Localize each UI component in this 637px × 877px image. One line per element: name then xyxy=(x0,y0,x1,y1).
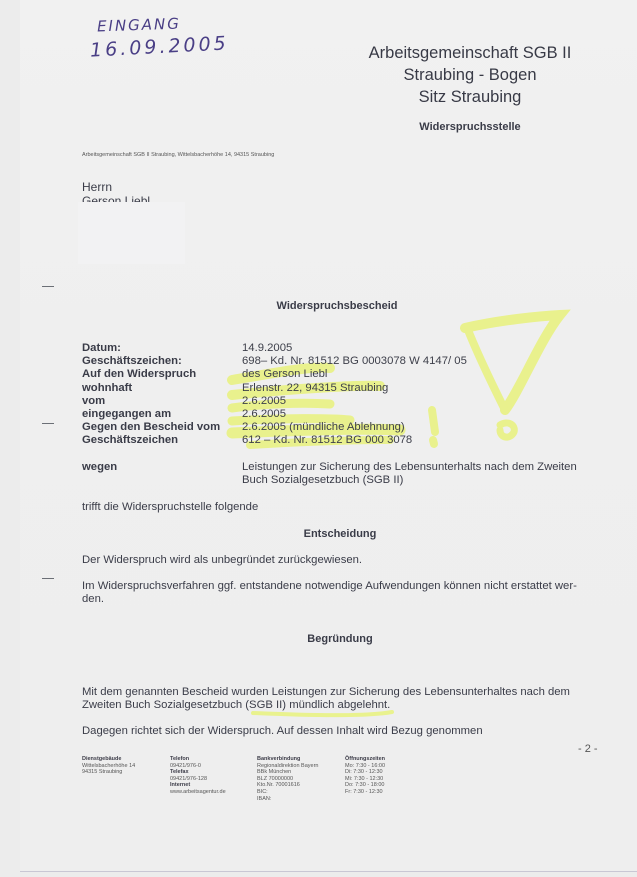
decision-paragraph-1: Der Widerspruch wird als unbegründet zur… xyxy=(82,554,592,567)
subject-label: wegen xyxy=(82,461,242,487)
detail-row: Geschäftszeichen612 – Kd. Nr. 81512 BG 0… xyxy=(82,434,467,447)
reasoning-paragraph-1: Mit dem genannten Bescheid wurden Leistu… xyxy=(82,686,582,712)
fold-mark xyxy=(42,423,54,424)
detail-row: wohnhaftErlenstr. 22, 94315 Straubing xyxy=(82,382,467,395)
footer-hours: Öffnungszeiten Mo: 7:30 - 16:00 Di: 7:30… xyxy=(345,756,385,796)
recipient-salutation: Herrn xyxy=(82,180,112,195)
subject-line1: Leistungen zur Sicherung des Lebensunter… xyxy=(242,461,577,474)
details-table: Datum:14.9.2005 Geschäftszeichen:698– Kd… xyxy=(82,342,467,448)
subject-row: wegen Leistungen zur Sicherung des Leben… xyxy=(82,461,577,487)
decision-paragraph-2: Im Widerspruchsverfahren ggf. entstanden… xyxy=(82,580,587,606)
subject-line2: Buch Sozialgesetzbuch (SGB II) xyxy=(242,474,577,487)
detail-row: vom2.6.2005 xyxy=(82,395,467,408)
detail-row: Geschäftszeichen:698– Kd. Nr. 81512 BG 0… xyxy=(82,355,467,368)
reasoning-heading: Begründung xyxy=(240,633,440,645)
decision-heading: Entscheidung xyxy=(240,528,440,540)
detail-row: Gegen den Bescheid vom2.6.2005 (mündlich… xyxy=(82,421,467,434)
page-number: - 2 - xyxy=(578,743,598,755)
detail-row: Datum:14.9.2005 xyxy=(82,342,467,355)
received-stamp-label: EINGANG xyxy=(97,15,181,36)
document-title: Widerspruchsbescheid xyxy=(230,300,444,312)
intro-text: trifft die Widerspruchstelle folgende xyxy=(82,501,592,514)
org-name-line2: Straubing - Bogen xyxy=(340,65,600,86)
sender-return-address: Arbeitsgemeinschaft SGB II Straubing, Wi… xyxy=(82,152,274,158)
department: Widerspruchsstelle xyxy=(340,121,600,133)
footer-contact: Telefon 09421/976-0 Telefax 09421/976-12… xyxy=(170,756,226,796)
detail-row: Auf den Widerspruchdes Gerson Liebl xyxy=(82,368,467,381)
fold-mark xyxy=(42,578,54,579)
footer-office: Dienstgebäude Wittelsbacherhöhe 14 94315… xyxy=(82,756,135,776)
reasoning-paragraph-2: Dagegen richtet sich der Widerspruch. Au… xyxy=(82,725,592,738)
org-name-line1: Arbeitsgemeinschaft SGB II xyxy=(340,43,600,64)
website-link: www.arbeitsagentur.de xyxy=(170,789,226,796)
fold-mark xyxy=(42,286,54,287)
org-name-line3: Sitz Straubing xyxy=(340,87,600,108)
detail-row: eingegangen am2.6.2005 xyxy=(82,408,467,421)
footer-bank: Bankverbindung Regionaldirektion Bayern … xyxy=(257,756,318,802)
redacted-address xyxy=(78,202,185,264)
